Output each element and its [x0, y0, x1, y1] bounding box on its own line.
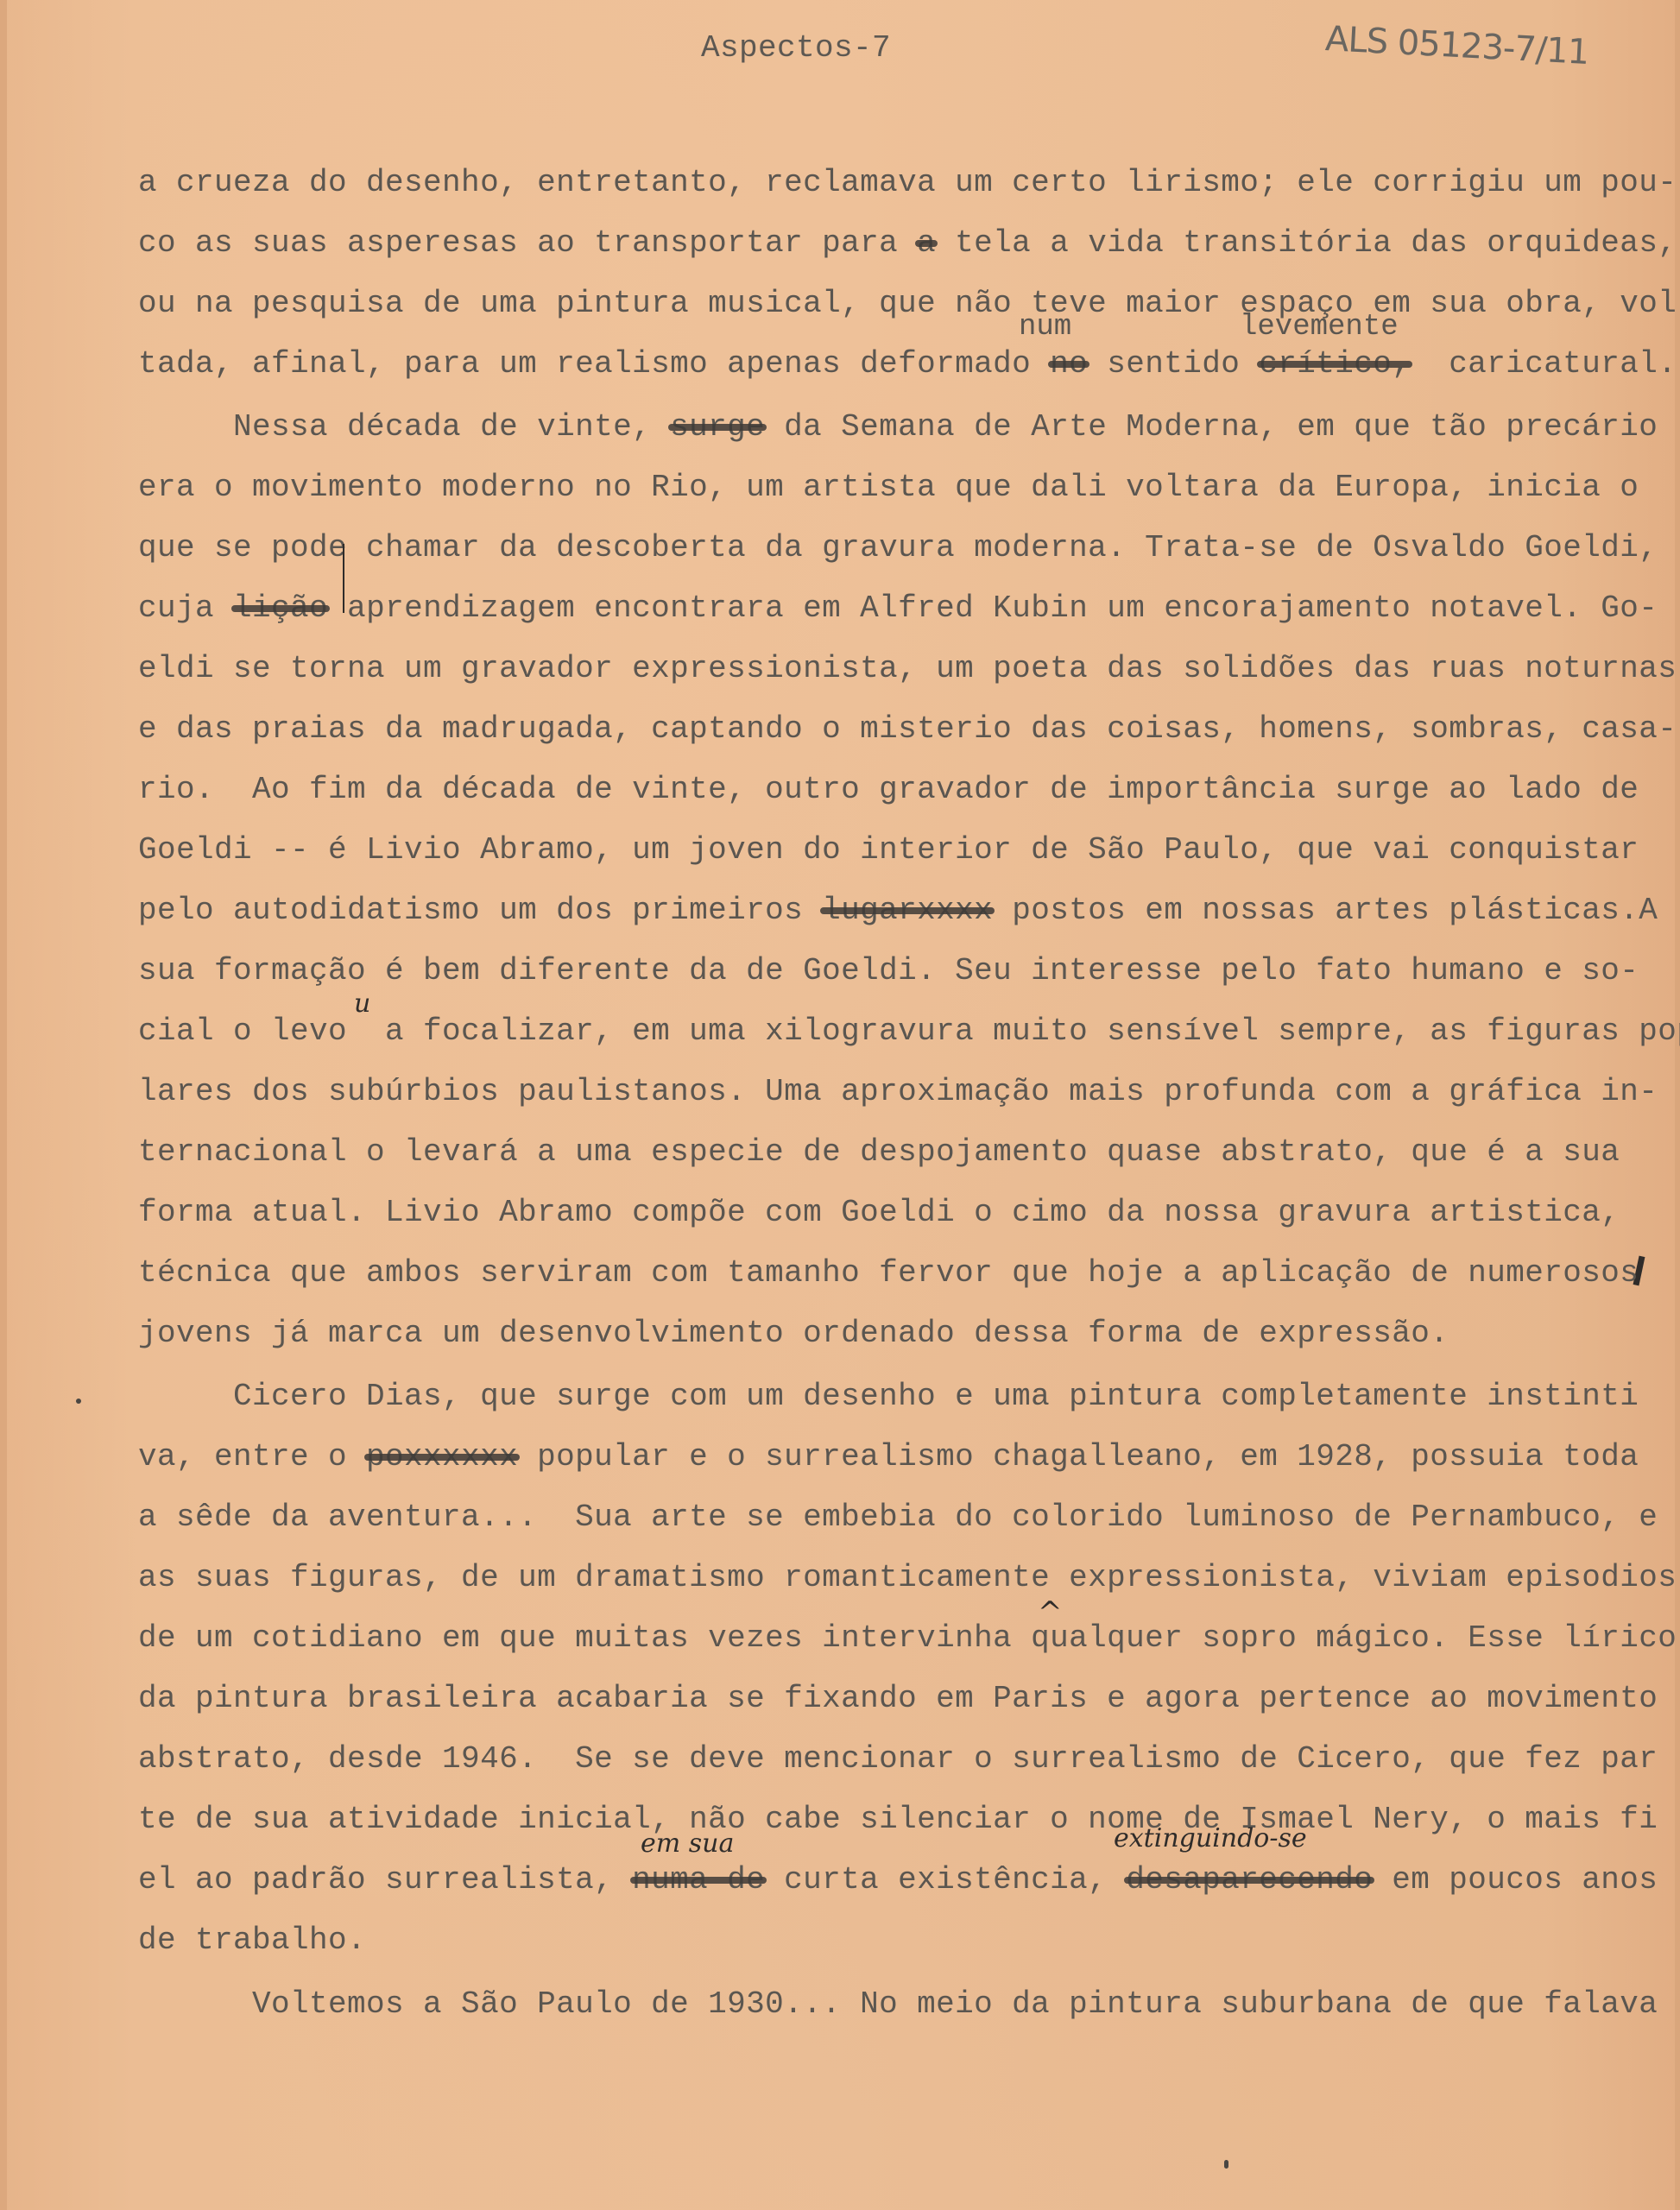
text-line-3: ou na pesquisa de uma pintura musical, q…	[138, 285, 1680, 323]
struck-word: desaparecendo	[1126, 1861, 1373, 1899]
typed-insert-levemente: levemente	[1240, 311, 1399, 344]
paper-edge-right	[1675, 0, 1680, 2210]
text-segment: sentido	[1088, 346, 1259, 382]
struck-word: a	[917, 224, 936, 262]
struck-word: poxxxxxx	[366, 1438, 518, 1476]
struck-word: lugarxxxx	[822, 892, 993, 930]
text-line-22: va, entre o poxxxxxx popular e o surreal…	[138, 1438, 1639, 1476]
text-segment: da Semana de Arte Moderna, em que tão pr…	[765, 409, 1658, 445]
text-segment: tada, afinal, para um realismo apenas de…	[138, 346, 1050, 382]
text-segment: popular e o surrealismo chagalleano, em …	[518, 1439, 1639, 1474]
handwritten-extinguindo-se: extinguindo-se	[1114, 1823, 1307, 1853]
struck-word: numa de	[632, 1861, 765, 1899]
text-segment: Nessa década de vinte,	[138, 409, 670, 445]
text-line-23: a sêde da aventura... Sua arte se embebi…	[138, 1499, 1658, 1537]
text-line-11: rio. Ao fim da década de vinte, outro gr…	[138, 771, 1639, 809]
text-segment: el ao padrão surrealista,	[138, 1862, 632, 1897]
typed-insert-num: num	[1019, 311, 1071, 344]
paper-speck	[1224, 2160, 1228, 2169]
text-line-1: a crueza do desenho, entretanto, reclama…	[138, 164, 1677, 202]
text-segment: em poucos anos	[1373, 1862, 1658, 1897]
text-line-24: as suas figuras, de um dramatismo romant…	[138, 1559, 1677, 1597]
text-line-30: de trabalho.	[138, 1922, 366, 1960]
text-segment: curta existência,	[765, 1862, 1126, 1897]
struck-word: lição	[233, 590, 328, 628]
text-line-28: te de sua atividade inicial, não cabe si…	[138, 1801, 1658, 1839]
text-segment: pelo autodidatismo um dos primeiros	[138, 893, 822, 928]
text-line-4: tada, afinal, para um realismo apenas de…	[138, 345, 1677, 383]
text-line-9: eldi se torna um gravador expressionista…	[138, 650, 1677, 688]
text-segment: aprendizagem encontrara em Alfred Kubin …	[328, 590, 1658, 626]
text-line-18: forma atual. Livio Abramo compõe com Goe…	[138, 1194, 1620, 1232]
text-segment: cuja	[138, 590, 233, 626]
struck-word: crítico,	[1259, 345, 1411, 383]
text-line-20: jovens já marca um desenvolvimento orden…	[138, 1315, 1449, 1353]
text-line-5: Nessa década de vinte, surge da Semana d…	[138, 408, 1658, 446]
struck-word: surge	[670, 408, 765, 446]
text-line-12: Goeldi -- é Livio Abramo, um joven do in…	[138, 831, 1639, 869]
text-line-31: Voltemos a São Paulo de 1930... No meio …	[138, 1986, 1658, 2024]
text-line-29: el ao padrão surrealista, numa de curta …	[138, 1861, 1658, 1899]
text-segment: tela	[936, 225, 1031, 261]
text-line-8: cuja lição aprendizagem encontrara em Al…	[138, 590, 1658, 628]
handwritten-em-sua: em sua	[641, 1828, 734, 1859]
text-segment: a vida transitória das orquideas,	[1031, 225, 1677, 261]
text-line-15: cial o levo a focalizar, em uma xilograv…	[138, 1013, 1680, 1051]
struck-word: no	[1050, 345, 1088, 383]
text-segment: va, entre o	[138, 1439, 366, 1474]
text-line-2: co as suas asperesas ao transportar para…	[138, 224, 1677, 262]
text-line-17: ternacional o levará a uma especie de de…	[138, 1133, 1620, 1171]
text-segment: caricatural.	[1411, 346, 1677, 382]
text-line-10: e das praias da madrugada, captando o mi…	[138, 710, 1677, 748]
paper-speck	[76, 1399, 81, 1404]
text-line-27: abstrato, desde 1946. Se se deve mencion…	[138, 1740, 1658, 1778]
text-line-19: técnica que ambos serviram com tamanho f…	[138, 1254, 1639, 1292]
text-line-7: que se pode chamar da descoberta da grav…	[138, 529, 1658, 567]
text-line-21: Cicero Dias, que surge com um desenho e …	[138, 1378, 1639, 1416]
text-line-14: sua formação é bem diferente da de Goeld…	[138, 952, 1639, 990]
text-line-16: lares dos subúrbios paulistanos. Uma apr…	[138, 1073, 1658, 1111]
text-line-25: de um cotidiano em que muitas vezes inte…	[138, 1620, 1677, 1657]
text-segment: postos em nossas artes plásticas.A	[993, 893, 1658, 928]
text-line-13: pelo autodidatismo um dos primeiros luga…	[138, 892, 1658, 930]
text-segment: co as suas asperesas ao transportar para	[138, 225, 917, 261]
text-line-6: era o movimento moderno no Rio, um artis…	[138, 469, 1639, 507]
paper-edge-left	[0, 0, 7, 2210]
page-header: Aspectos-7	[701, 29, 891, 67]
text-line-26: da pintura brasileira acabaria se fixand…	[138, 1680, 1658, 1718]
